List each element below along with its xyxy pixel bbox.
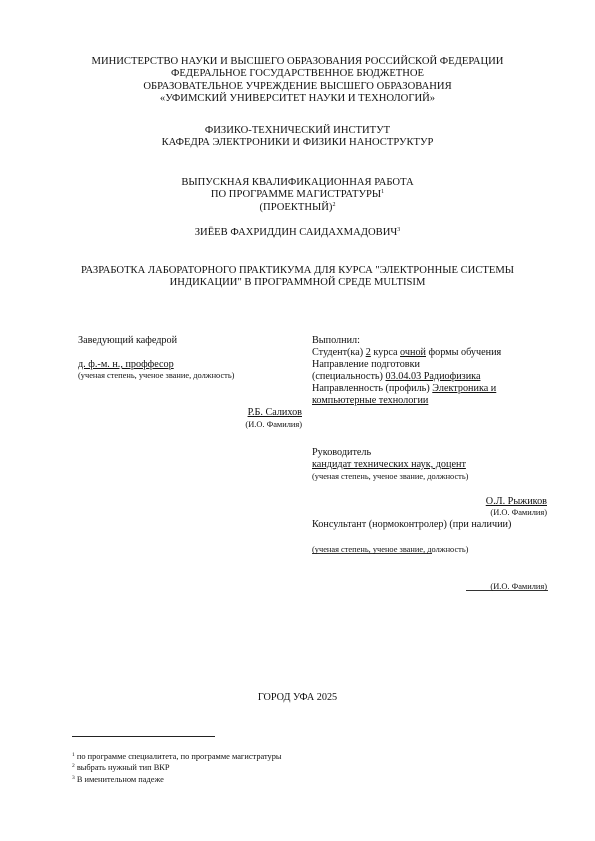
author-name: ЗИЁЕВ ФАХРИДДИН САИДАХМАДОВИЧ3 — [0, 227, 595, 239]
footnote: 3 В именительном падеже — [72, 774, 282, 785]
institute-block: ФИЗИКО-ТЕХНИЧЕСКИЙ ИНСТИТУТ КАФЕДРА ЭЛЕК… — [0, 125, 595, 150]
footnote: 1 по программе специалитета, по программ… — [72, 751, 282, 762]
footnote-ref: 3 — [397, 227, 400, 233]
performer-label: Выполнил: — [312, 335, 501, 347]
degree-hint: (ученая степень, ученое звание, должност… — [78, 371, 234, 381]
name-hint: (И.О. Фамилия) — [490, 508, 547, 518]
direction-label: Направление подготовки — [312, 359, 501, 371]
footnote-separator — [72, 736, 215, 737]
footnote: 2 выбрать нужный тип ВКР — [72, 762, 282, 773]
work-type-block: ВЫПУСКНАЯ КВАЛИФИКАЦИОННАЯ РАБОТА ПО ПРО… — [0, 177, 595, 214]
supervisor-label: Руководитель — [312, 447, 371, 459]
work-type-line: ВЫПУСКНАЯ КВАЛИФИКАЦИОННАЯ РАБОТА — [0, 177, 595, 189]
header-line: МИНИСТЕРСТВО НАУКИ И ВЫСШЕГО ОБРАЗОВАНИЯ… — [0, 56, 595, 68]
work-kind-line: (ПРОЕКТНЫЙ)2 — [0, 202, 595, 214]
footnotes: 1 по программе специалитета, по программ… — [72, 751, 282, 785]
head-of-department-label: Заведующий кафедрой — [78, 335, 177, 347]
institute-name: ФИЗИКО-ТЕХНИЧЕСКИЙ ИНСТИТУТ — [0, 125, 595, 137]
supervisor-degree: кандидат технических наук, доцент — [312, 459, 466, 471]
supervisor-name: О.Л. Рыжиков — [486, 496, 547, 508]
thesis-title: РАЗРАБОТКА ЛАБОРАТОРНОГО ПРАКТИКУМА ДЛЯ … — [0, 265, 595, 290]
header-line: «УФИМСКИЙ УНИВЕРСИТЕТ НАУКИ И ТЕХНОЛОГИЙ… — [0, 93, 595, 105]
profile-value: Электроника и — [432, 383, 496, 394]
performer-block: Выполнил: Студент(ка) 2 курса очной форм… — [312, 335, 501, 406]
work-program-line: ПО ПРОГРАММЕ МАГИСТРАТУРЫ1 — [0, 189, 595, 201]
head-of-department-degree: д. ф.-м. н., проффесор — [78, 359, 174, 371]
footnote-ref: 1 — [381, 189, 384, 195]
consultant-label: Консультант (нормоконтролер) (при наличи… — [312, 519, 511, 531]
specialty-line: (специальность) 03.04.03 Радиофизика — [312, 371, 501, 383]
department-name: КАФЕДРА ЭЛЕКТРОНИКИ И ФИЗИКИ НАНОСТРУКТУ… — [0, 137, 595, 149]
footnote-ref: 2 — [332, 202, 335, 208]
profile-value-cont: компьютерные технологии — [312, 395, 501, 407]
ministry-header: МИНИСТЕРСТВО НАУКИ И ВЫСШЕГО ОБРАЗОВАНИЯ… — [0, 56, 595, 106]
name-hint: (И.О. Фамилия) — [490, 582, 547, 592]
study-form-value: очной — [400, 347, 426, 358]
thesis-title-line: РАЗРАБОТКА ЛАБОРАТОРНОГО ПРАКТИКУМА ДЛЯ … — [0, 265, 595, 277]
thesis-title-line: ИНДИКАЦИИ" В ПРОГРАММНОЙ СРЕДЕ MULTISIM — [0, 277, 595, 289]
student-line: Студент(ка) 2 курса очной формы обучения — [312, 347, 501, 359]
header-line: ОБРАЗОВАТЕЛЬНОЕ УЧРЕЖДЕНИЕ ВЫСШЕГО ОБРАЗ… — [0, 81, 595, 93]
specialty-value: 03.04.03 Радиофизика — [386, 371, 481, 382]
degree-hint: (ученая степень, ученое звание, должност… — [312, 545, 468, 555]
header-line: ФЕДЕРАЛЬНОЕ ГОСУДАРСТВЕННОЕ БЮДЖЕТНОЕ — [0, 68, 595, 80]
city-year: ГОРОД УФА 2025 — [0, 692, 595, 704]
degree-hint: (ученая степень, ученое звание, должност… — [312, 472, 468, 482]
profile-line: Направленность (профиль) Электроника и — [312, 383, 501, 395]
name-hint: (И.О. Фамилия) — [245, 420, 302, 430]
head-of-department-name: Р.Б. Салихов — [248, 407, 302, 419]
